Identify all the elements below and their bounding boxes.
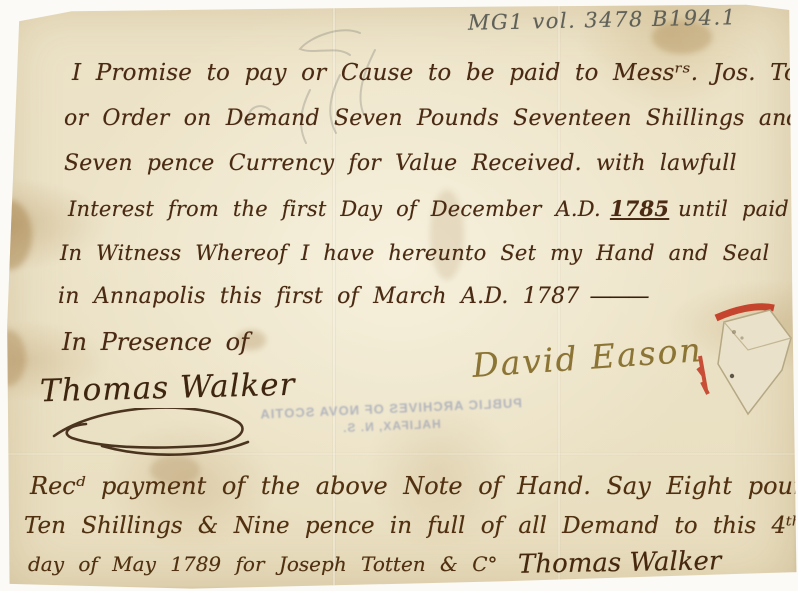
stain	[0, 200, 32, 270]
witness-signature: Thomas Walker	[40, 367, 296, 410]
receipt-line-3: day of May 1789 for Joseph Totten & C°	[28, 552, 498, 576]
note-year-1785: 1785	[610, 196, 669, 221]
signature-flourish	[42, 408, 272, 458]
document-scan: MG1 vol. 3478 B194.1 I Promise to pay or…	[0, 0, 798, 591]
wafer-seal	[694, 298, 798, 424]
maker-signature: David Eason	[471, 330, 704, 385]
seal-fold-line	[724, 322, 791, 350]
receipt-signature: Thomas Walker	[518, 546, 722, 580]
note-line-2: or Order on Demand Seven Pounds Seventee…	[64, 106, 798, 131]
flourish-dash: ———	[590, 284, 647, 309]
note-line-6: in Annapolis this first of March A.D. 17…	[58, 284, 647, 309]
stain	[0, 330, 26, 386]
wax-edge-top	[716, 307, 774, 318]
note-line-1: I Promise to pay or Cause to be paid to …	[72, 60, 798, 86]
note-line-4-tail: until paid	[678, 197, 789, 221]
note-line-5: In Witness Whereof I have hereunto Set m…	[60, 241, 769, 265]
note-line-4: Interest from the first Day of December …	[68, 196, 789, 221]
promissory-note-paper: MG1 vol. 3478 B194.1 I Promise to pay or…	[0, 0, 798, 591]
note-line-3: Seven pence Currency for Value Received.…	[64, 151, 737, 176]
presence-of-label: In Presence of	[62, 328, 249, 356]
seal-paper	[718, 310, 791, 414]
horizontal-fold-crease	[0, 452, 798, 456]
catalog-number: MG1 vol. 3478 B194.1	[468, 5, 737, 35]
note-line-6-text: in Annapolis this first of March A.D. 17…	[58, 284, 580, 309]
receipt-line-1: Recᵈ payment of the above Note of Hand. …	[30, 472, 798, 500]
note-line-4-text: Interest from the first Day of December …	[68, 197, 601, 221]
receipt-line-2: Ten Shillings & Nine pence in full of al…	[24, 513, 798, 539]
